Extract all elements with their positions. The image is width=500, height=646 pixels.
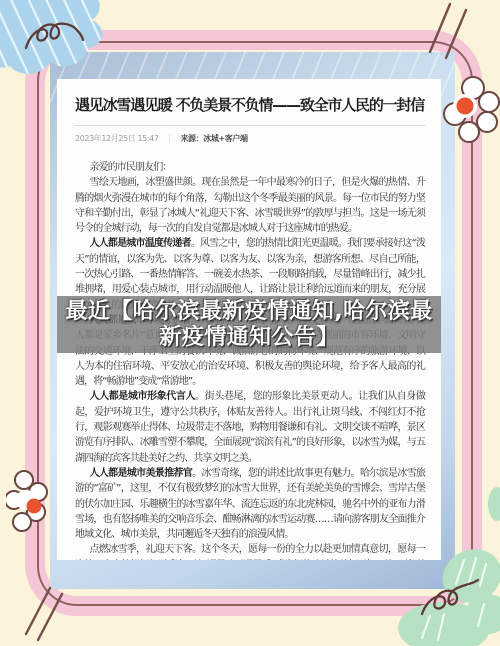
article-title: 遇见冰雪遇见暖 不负美景不负情——致全市人民的一封信 [75,94,425,116]
caption-line-1: 最近【哈尔滨最新疫情通知,哈尔滨最 [65,299,432,325]
article-page: 遇见冰雪遇见暖 不负美景不负情——致全市人民的一封信 2023年12月25日 1… [57,79,441,560]
title-divider [75,125,425,126]
article-paragraph: 人人都是城市美景推荐官。冰雪奇缘，您的讲述比故事更有魅力。哈尔滨是冰雪旅游的“富… [75,466,425,542]
article-paragraph: 雪绘天地画，冰塑盛世颜。现在虽然是一年中最寒冷的日子，但是火爆的热情、升腾的烟火… [75,175,425,236]
squiggle-doodle-top-left [24,20,86,54]
flower-doodle-left [6,470,54,534]
flower-doodle-right [443,76,500,144]
slash-marks-top-right [420,0,480,62]
slash-marks-bottom-left [22,586,82,646]
article-paragraph: 人人都是城市形象代言人。街头巷尾，您的形象比美景更动人。让我们从自身做起，爱护环… [75,389,425,465]
article-source: 来源：冰城+客户端 [180,134,247,143]
article-paragraphs: 雪绘天地画，冰塑盛世颜。现在虽然是一年中最寒冷的日子，但是火爆的热情、升腾的烟火… [75,175,425,560]
decorated-article-card: { "overlay": { "line1": "最近【哈尔滨最新疫情通知,哈尔… [0,0,500,646]
article-date: 2023年12月25日 15:47 [75,134,159,143]
article-meta: 2023年12月25日 15:47 ｜ 来源：冰城+客户端 [75,133,425,144]
plant-doodle [386,482,500,646]
article-greeting: 亲爱的市民朋友们： [75,160,425,175]
article-body: 亲爱的市民朋友们： 雪绘天地画，冰塑盛世颜。现在虽然是一年中最寒冷的日子，但是火… [75,160,425,560]
caption-line-2: 新疫情通知公告】 [159,325,338,351]
article-paragraph: 点燃冰雪季，礼迎天下客。这个冬天，愿每一份的全力以赴更加情真意切，愿每一次的双向… [75,542,425,560]
caption-overlay: 最近【哈尔滨最新疫情通知,哈尔滨最 新疫情通知公告】 [57,296,441,353]
meta-separator: ｜ [166,134,174,143]
